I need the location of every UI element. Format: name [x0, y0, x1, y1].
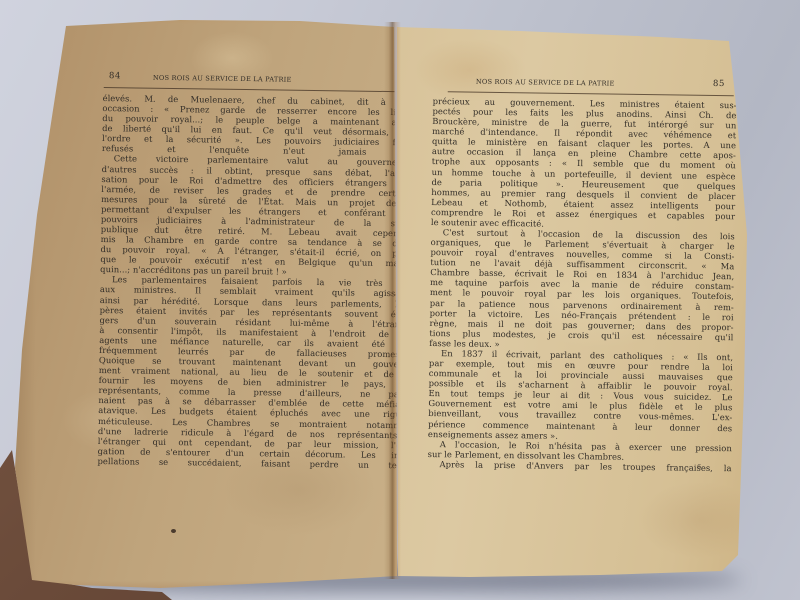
paragraph: En 1837 il écrivait, parlant des catholi…	[428, 348, 733, 443]
left-header-rule	[104, 87, 419, 92]
photo-background: 84 NOS ROIS AU SERVICE DE LA PATRIE élev…	[0, 0, 800, 600]
right-running-title: NOS ROIS AU SERVICE DE LA PATRIE	[476, 78, 615, 88]
right-page-content: NOS ROIS AU SERVICE DE LA PATRIE 85 préc…	[430, 74, 738, 78]
left-page-number: 84	[109, 71, 121, 81]
left-page-content: 84 NOS ROIS AU SERVICE DE LA PATRIE élev…	[100, 70, 422, 74]
right-header-rule	[448, 91, 734, 96]
paragraph: Cette victoire parlementaire valut au go…	[100, 154, 419, 279]
paragraph: précieux au gouvernement. Les ministres …	[431, 96, 737, 231]
left-running-title: NOS ROIS AU SERVICE DE LA PATRIE	[153, 74, 292, 84]
right-text-block: précieux au gouvernement. Les ministres …	[427, 96, 736, 473]
ink-speck	[171, 529, 176, 533]
right-page-number: 85	[713, 79, 725, 89]
paragraph: Les parlementaires faisaient parfois la …	[97, 274, 417, 470]
paragraph: C'est surtout à l'occasion de la discuss…	[429, 227, 735, 352]
book-gutter-crease	[384, 22, 401, 579]
left-running-head: 84 NOS ROIS AU SERVICE DE LA PATRIE	[100, 70, 422, 94]
paragraph: élevés. M. de Muelenaere, chef du cabine…	[102, 93, 420, 158]
left-text-block: élevés. M. de Muelenaere, chef du cabine…	[97, 93, 419, 470]
signature-mark: 6	[697, 463, 701, 471]
right-running-head: NOS ROIS AU SERVICE DE LA PATRIE 85	[430, 74, 738, 98]
